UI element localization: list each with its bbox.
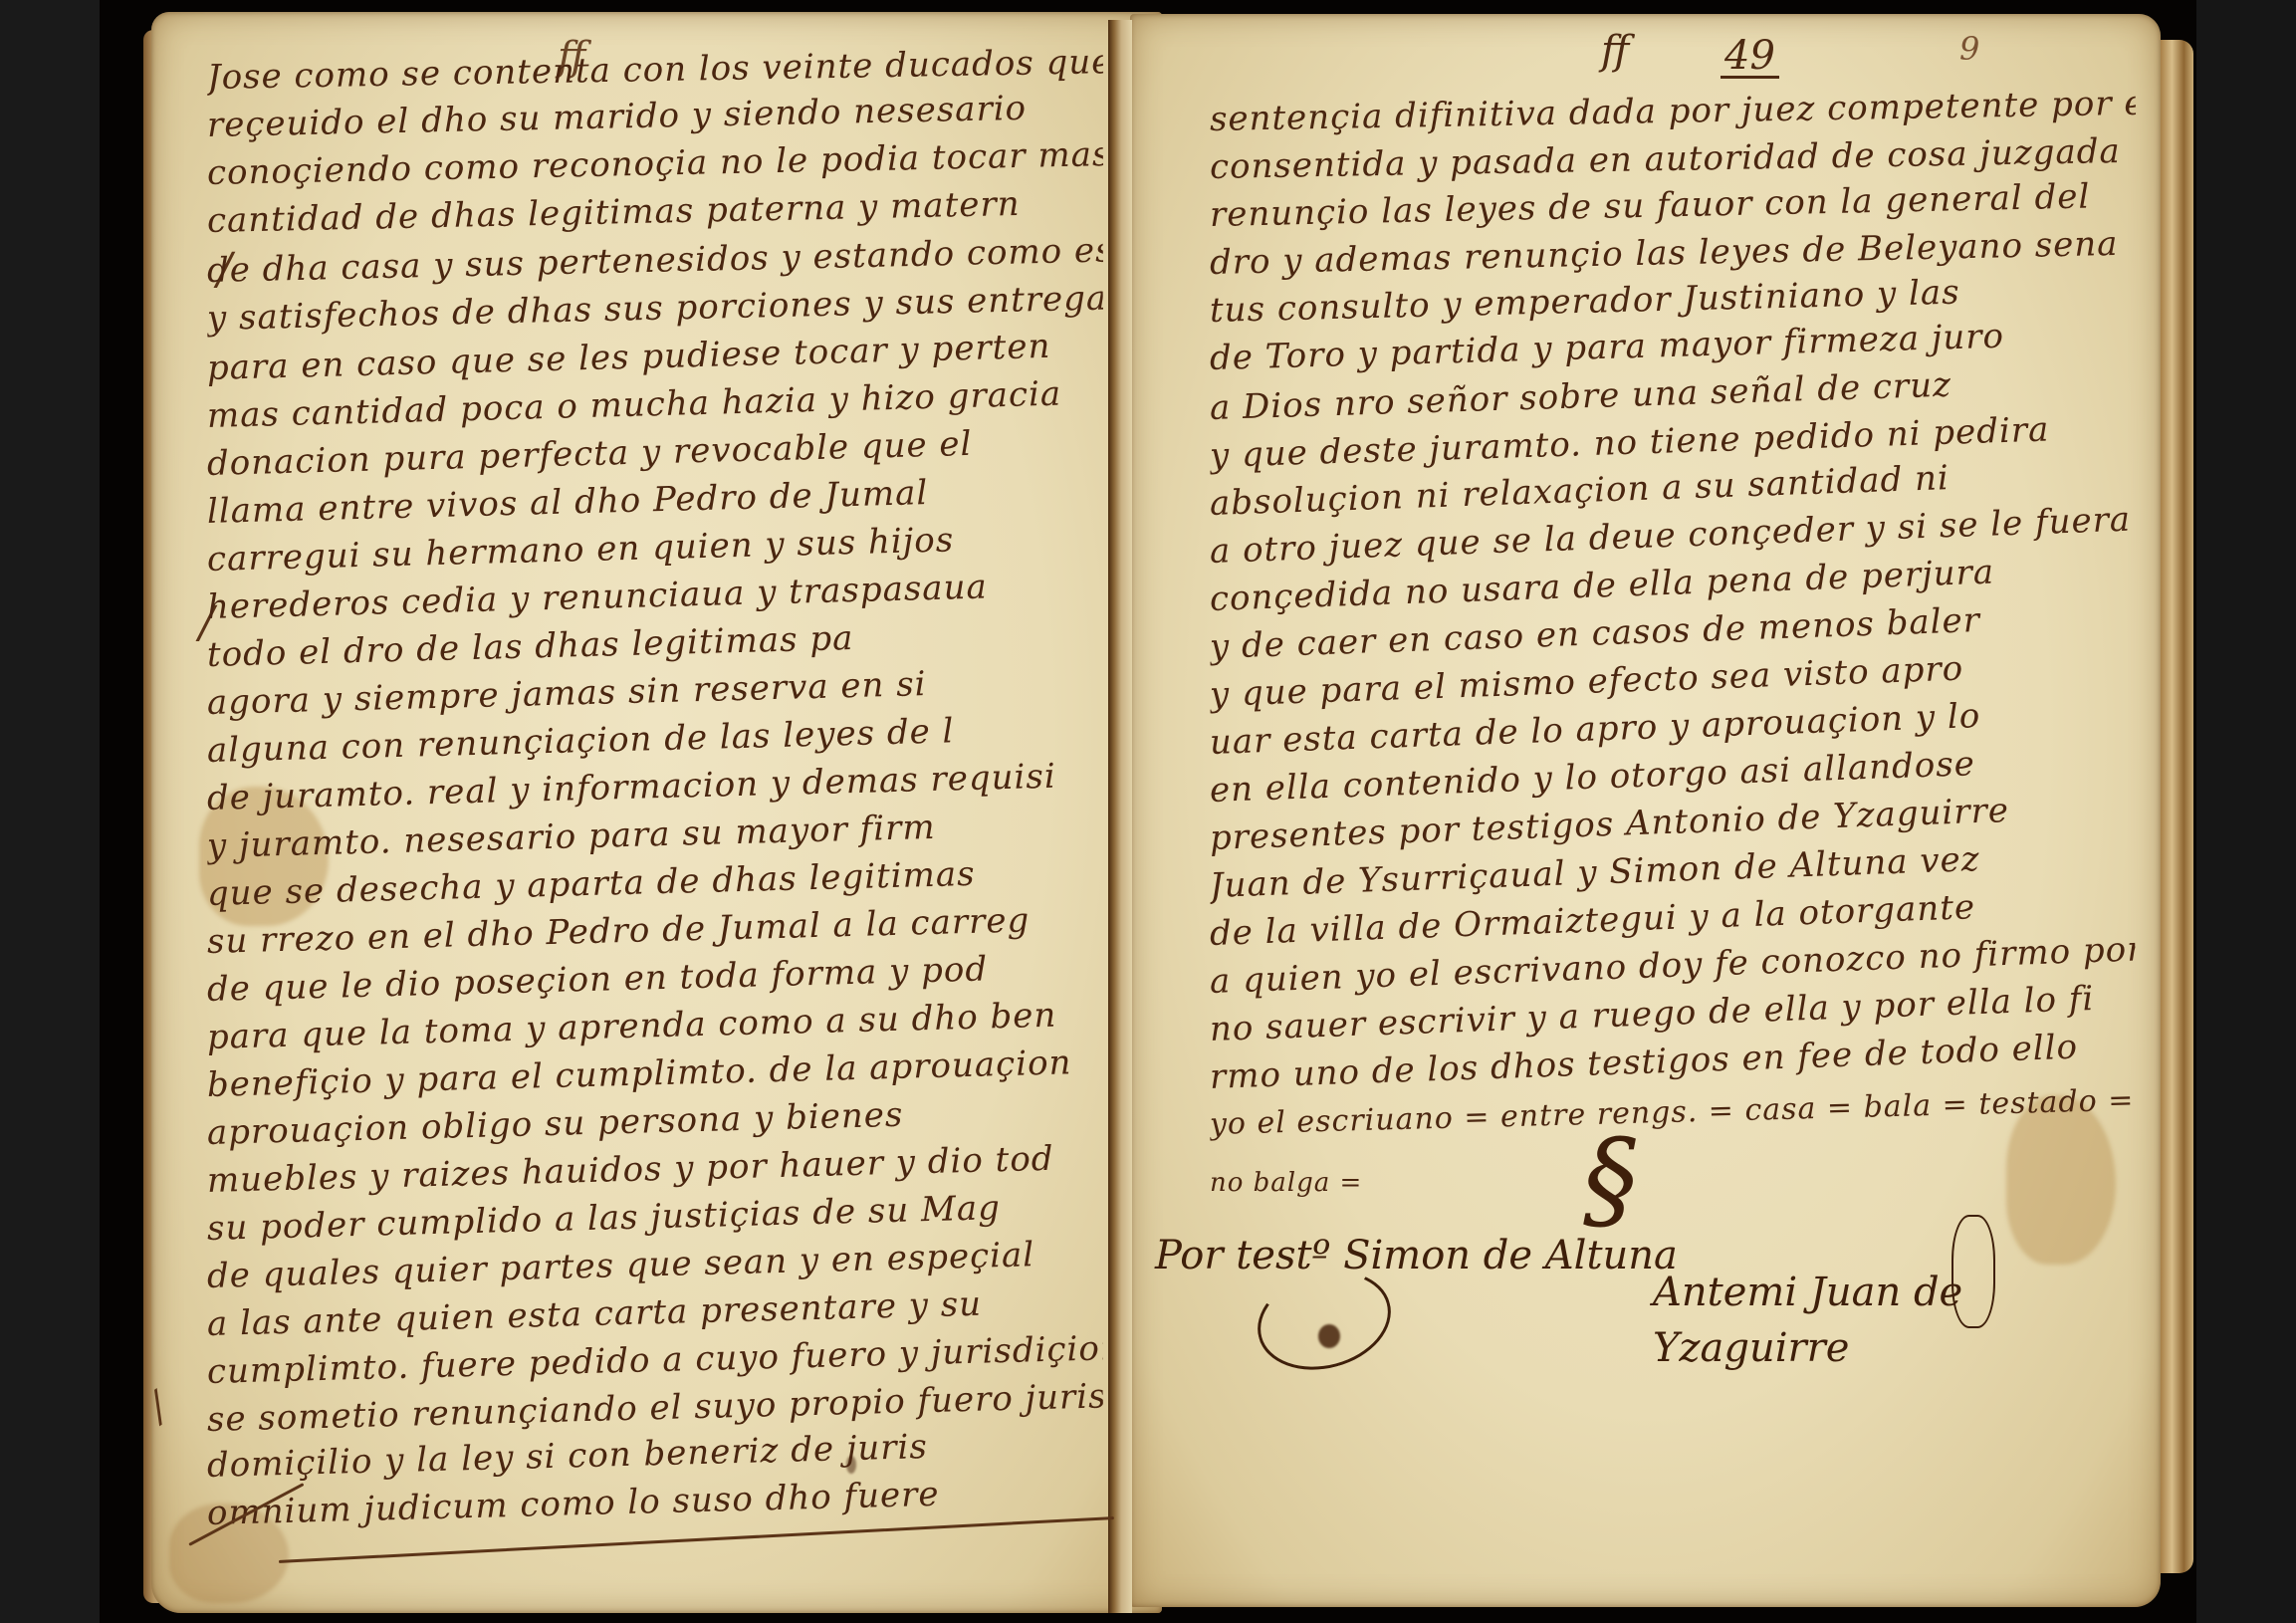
right-page-line: no balga =: [1210, 1163, 1409, 1203]
viewer-right-margin: [2196, 0, 2296, 1623]
notary-rubric: [1952, 1215, 1995, 1328]
right-page-top-mark: ff: [1601, 28, 1629, 74]
book-gutter: [1108, 20, 1132, 1613]
folio-number: 49: [1721, 36, 1779, 79]
viewer-left-margin: [0, 0, 100, 1623]
notary-sign-mark: §: [1583, 1115, 1638, 1243]
folio-number-secondary: 9: [1959, 30, 1979, 68]
